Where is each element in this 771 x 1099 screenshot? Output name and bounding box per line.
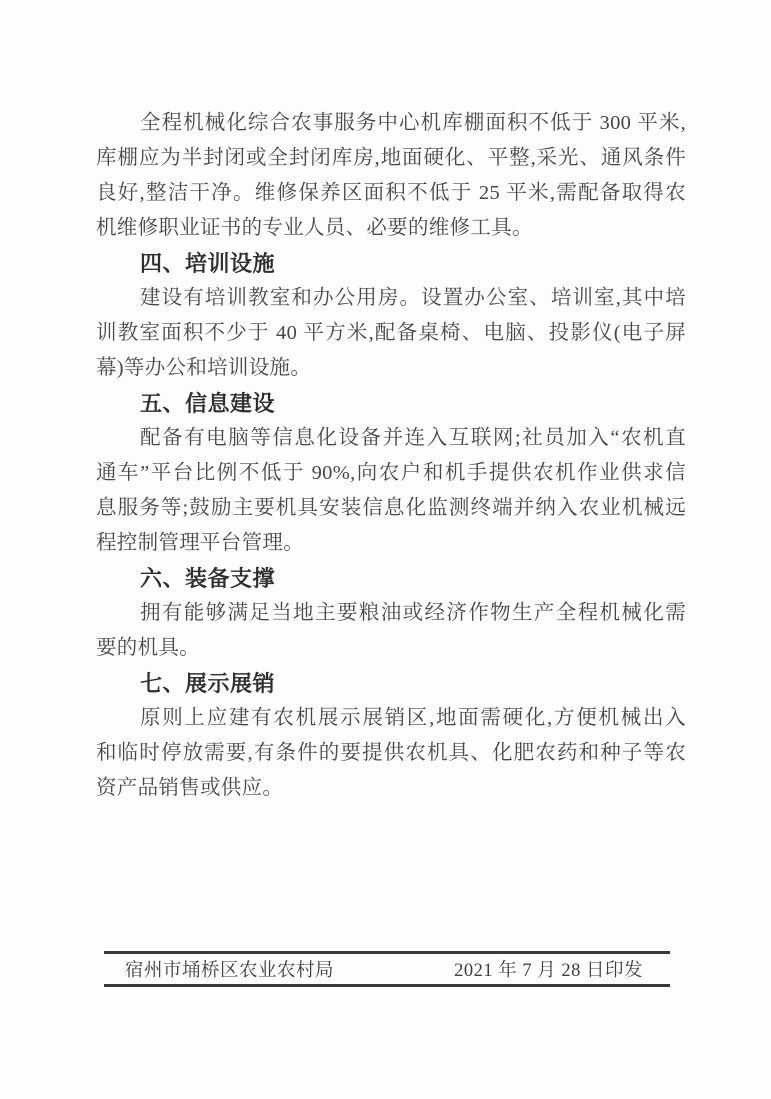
- section-heading-training-facilities: 四、培训设施: [96, 246, 686, 281]
- paragraph-line: 资产品销售或供应。: [96, 771, 686, 806]
- section-heading-display-sales: 七、展示展销: [96, 666, 686, 701]
- paragraph-line: 原则上应建有农机展示展销区,地面需硬化,方便机械出入: [96, 701, 686, 736]
- paragraph-line: 训教室面积不少于 40 平方米,配备桌椅、电脑、投影仪(电子屏: [96, 316, 686, 351]
- paragraph-line: 拥有能够满足当地主要粮油或经济作物生产全程机械化需: [96, 596, 686, 631]
- paragraph-line: 库棚应为半封闭或全封闭库房,地面硬化、平整,采光、通风条件: [96, 141, 686, 176]
- paragraph-line: 良好,整洁干净。维修保养区面积不低于 25 平米,需配备取得农: [96, 176, 686, 211]
- paragraph-line: 要的机具。: [96, 631, 686, 666]
- print-date: 2021 年 7 月 28 日印发: [454, 956, 670, 982]
- paragraph-line: 息服务等;鼓励主要机具安装信息化监测终端并纳入农业机械远: [96, 491, 686, 526]
- section-heading-information-construction: 五、信息建设: [96, 386, 686, 421]
- paragraph-line: 程控制管理平台管理。: [96, 526, 686, 561]
- paragraph-line: 机维修职业证书的专业人员、必要的维修工具。: [96, 211, 686, 246]
- paragraph-line: 和临时停放需要,有条件的要提供农机具、化肥农药和种子等农: [96, 736, 686, 771]
- section-heading-equipment-support: 六、装备支撑: [96, 561, 686, 596]
- paragraph-line: 配备有电脑等信息化设备并连入互联网;社员加入“农机直: [96, 421, 686, 456]
- paragraph-line: 建设有培训教室和办公用房。设置办公室、培训室,其中培: [96, 281, 686, 316]
- paragraph-line: 全程机械化综合农事服务中心机库棚面积不低于 300 平米,: [96, 106, 686, 141]
- paragraph-line: 通车”平台比例不低于 90%,向农户和机手提供农机作业供求信: [96, 456, 686, 491]
- document-page: 全程机械化综合农事服务中心机库棚面积不低于 300 平米, 库棚应为半封闭或全封…: [0, 0, 771, 1099]
- paragraph-line: 幕)等办公和培训设施。: [96, 351, 686, 386]
- document-body: 全程机械化综合农事服务中心机库棚面积不低于 300 平米, 库棚应为半封闭或全封…: [96, 106, 686, 806]
- issuing-agency: 宿州市埇桥区农业农村局: [104, 956, 334, 982]
- colophon-footer: 宿州市埇桥区农业农村局 2021 年 7 月 28 日印发: [104, 951, 670, 987]
